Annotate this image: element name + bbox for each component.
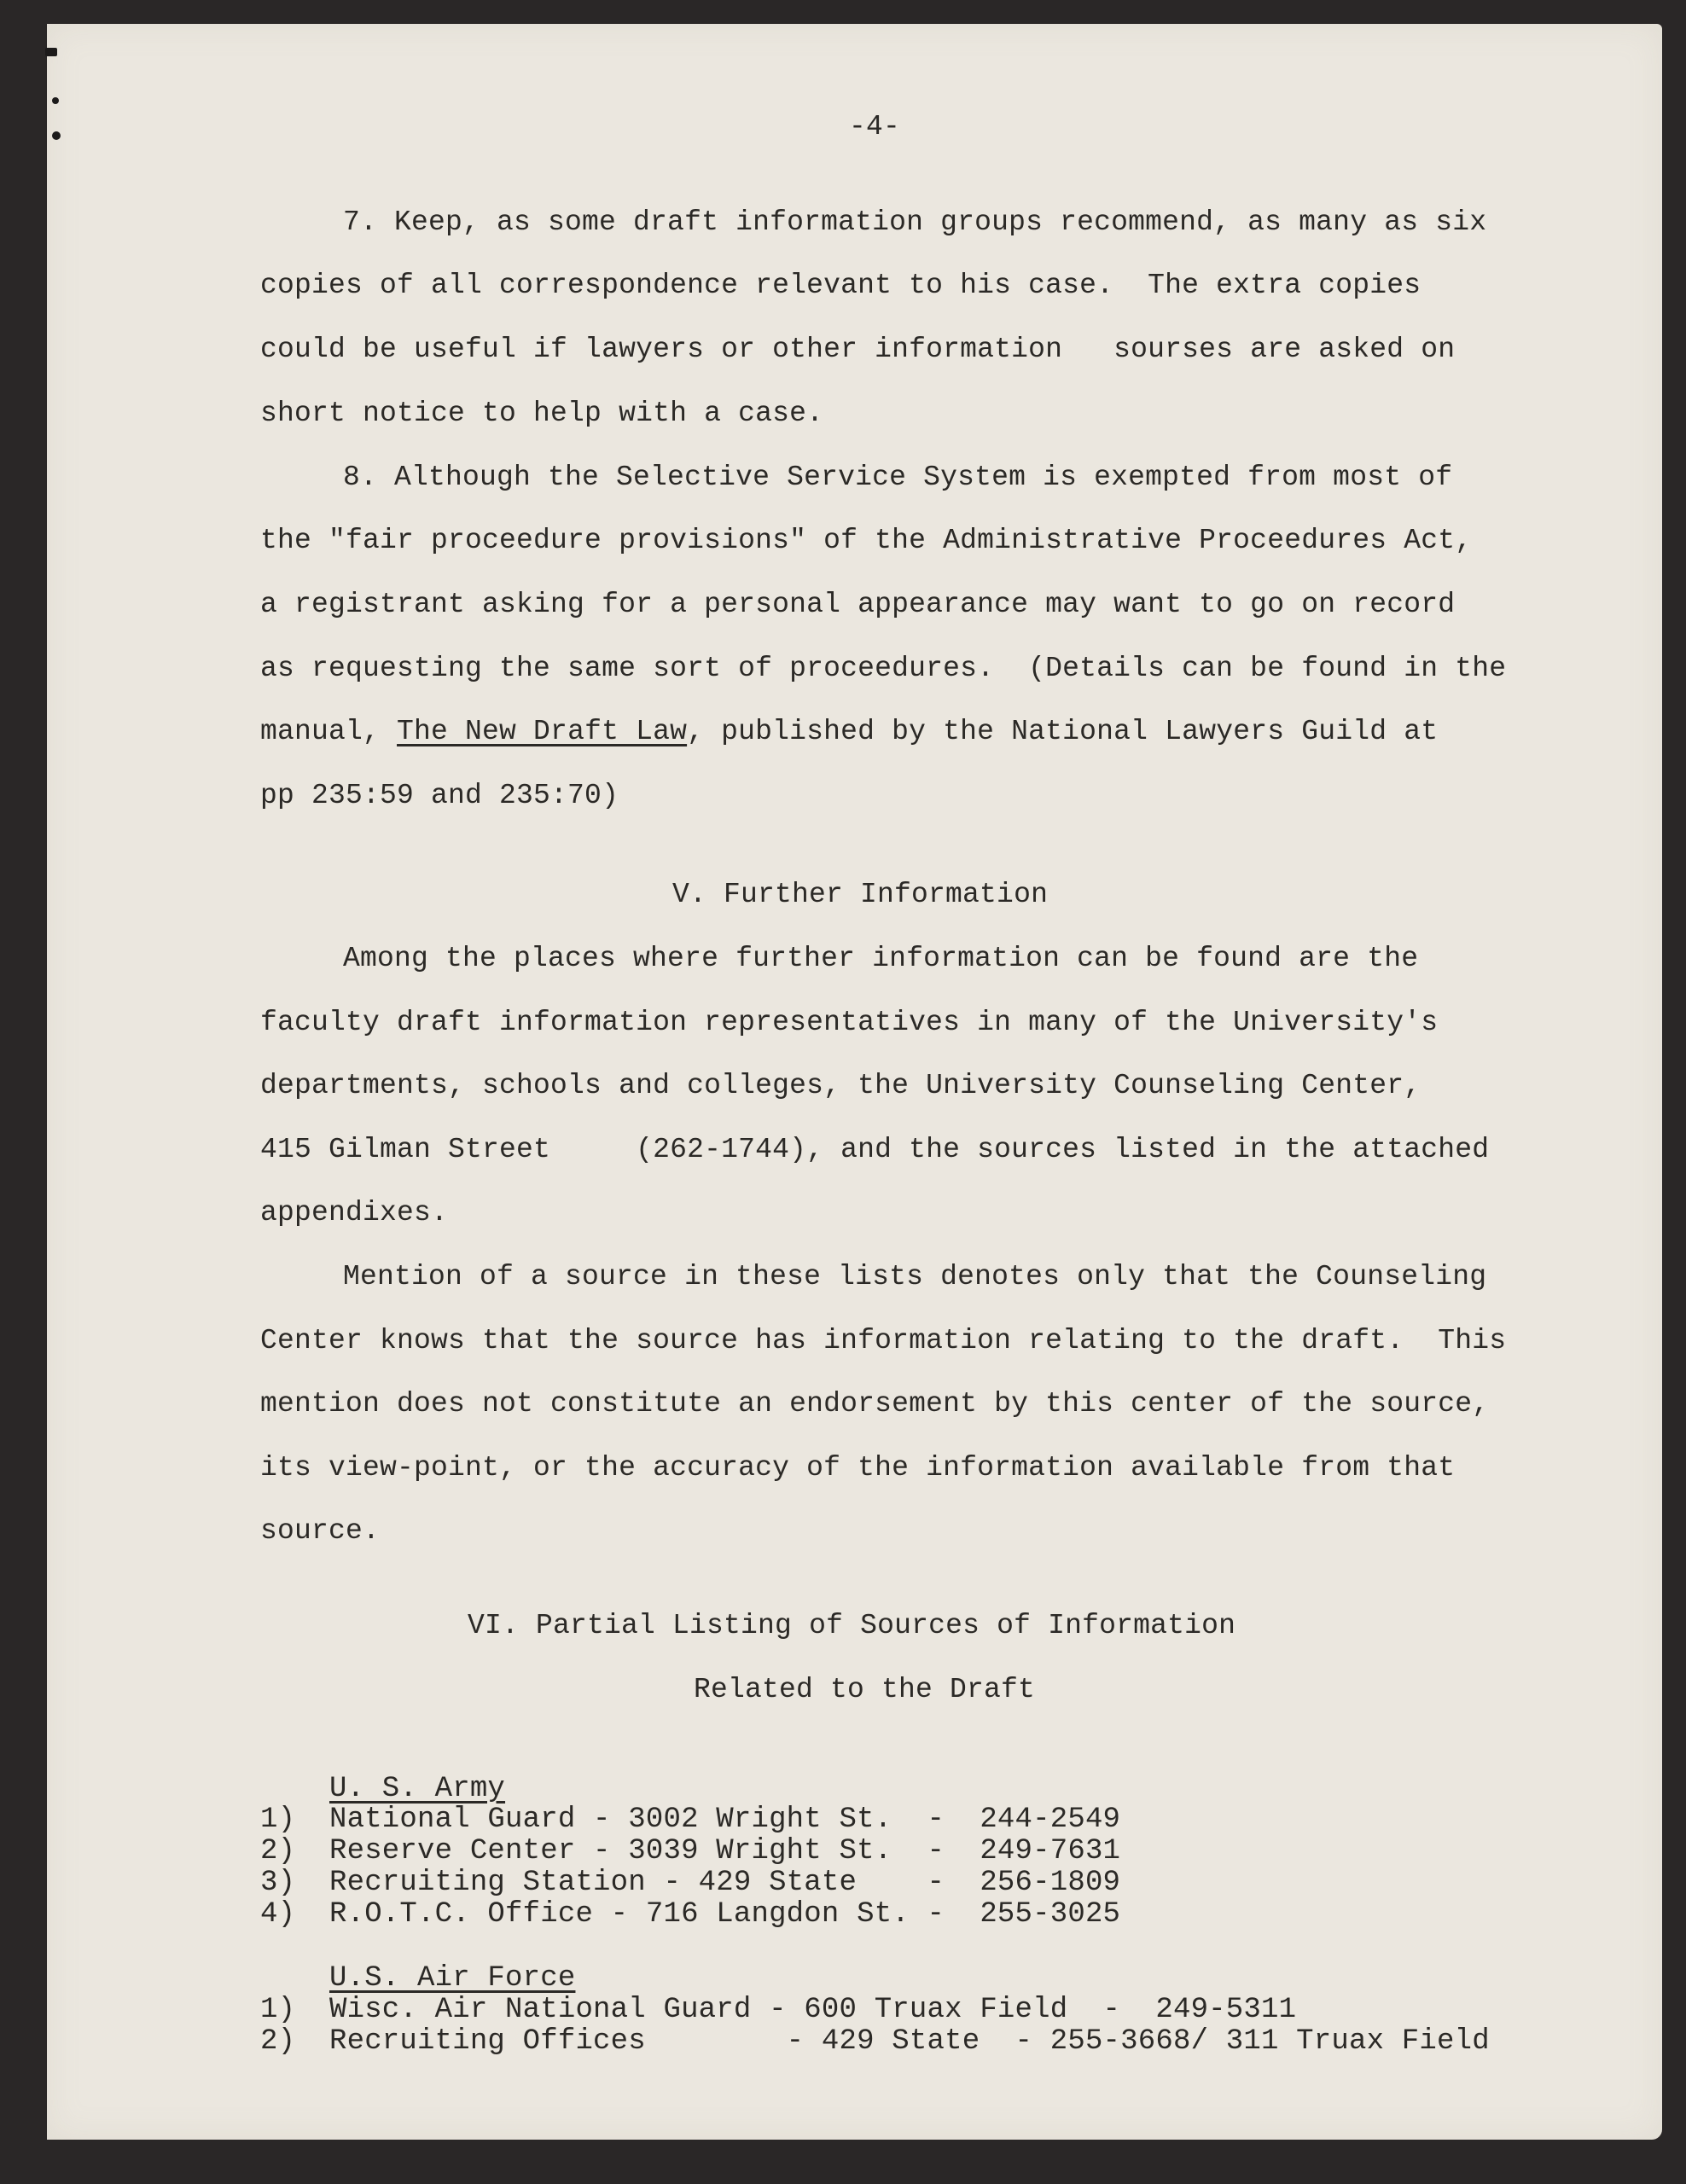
item8-line3: a registrant asking for a personal appea… — [260, 590, 1455, 619]
section-v-para2-line1: Mention of a source in these lists denot… — [343, 1263, 1486, 1291]
section-v-para1-line3: departments, schools and colleges, the U… — [260, 1072, 1421, 1100]
section-vi-heading-line1: VI. Partial Listing of Sources of Inform… — [468, 1612, 1235, 1640]
item7-line4: short notice to help with a case. — [260, 399, 823, 427]
item7-line2: copies of all correspondence relevant to… — [260, 271, 1421, 299]
item7-line1: 7. Keep, as some draft information group… — [343, 208, 1486, 236]
item7-line3: could be useful if lawyers or other info… — [260, 335, 1455, 363]
item8-line6: pp 235:59 and 235:70) — [260, 781, 619, 810]
army-entry-4: R.O.T.C. Office - 716 Langdon St. - 255-… — [329, 1900, 1120, 1929]
air-force-group-title: U.S. Air Force — [329, 1964, 575, 1993]
staple-hole — [45, 48, 57, 56]
item8-line5: manual, The New Draft Law, published by … — [260, 717, 1438, 746]
item8-line5-suffix: , published by the National Lawyers Guil… — [687, 716, 1438, 747]
item8-line2: the "fair proceedure provisions" of the … — [260, 526, 1472, 555]
army-entry-4-num: 4) — [260, 1900, 295, 1929]
air-force-entry-1: Wisc. Air National Guard - 600 Truax Fie… — [329, 1995, 1296, 2024]
section-v-para2-line4: its view-point, or the accuracy of the i… — [260, 1454, 1455, 1482]
section-v-para1-line5: appendixes. — [260, 1199, 448, 1227]
section-vi-heading-line2: Related to the Draft — [694, 1676, 1035, 1704]
air-force-entry-2-num: 2) — [260, 2027, 295, 2056]
army-entry-1: National Guard - 3002 Wright St. - 244-2… — [329, 1805, 1120, 1834]
page-number: -4- — [849, 113, 900, 141]
book-title: The New Draft Law — [397, 716, 687, 747]
item8-line1: 8. Although the Selective Service System… — [343, 463, 1452, 491]
army-entry-2: Reserve Center - 3039 Wright St. - 249-7… — [329, 1837, 1120, 1866]
section-v-heading: V. Further Information — [672, 880, 1048, 909]
air-force-entry-2: Recruiting Offices - 429 State - 255-366… — [329, 2027, 1490, 2056]
army-entry-2-num: 2) — [260, 1837, 295, 1866]
army-entry-3-num: 3) — [260, 1868, 295, 1897]
section-v-para1-line2: faculty draft information representative… — [260, 1008, 1438, 1037]
section-v-para2-line2: Center knows that the source has informa… — [260, 1327, 1506, 1355]
item8-line5-prefix: manual, — [260, 716, 397, 747]
army-group-title: U. S. Army — [329, 1774, 505, 1804]
section-v-para2-line5: source. — [260, 1517, 380, 1545]
army-entry-3: Recruiting Station - 429 State - 256-180… — [329, 1868, 1120, 1897]
section-v-para1-line4: 415 Gilman Street (262-1744), and the so… — [260, 1136, 1489, 1164]
section-v-para1-line1: Among the places where further informati… — [343, 944, 1418, 973]
army-entry-1-num: 1) — [260, 1805, 295, 1834]
item8-line4: as requesting the same sort of proceedur… — [260, 654, 1506, 682]
air-force-entry-1-num: 1) — [260, 1995, 295, 2024]
staple-hole — [52, 97, 59, 104]
section-v-para2-line3: mention does not constitute an endorseme… — [260, 1390, 1489, 1418]
staple-hole — [52, 131, 61, 140]
